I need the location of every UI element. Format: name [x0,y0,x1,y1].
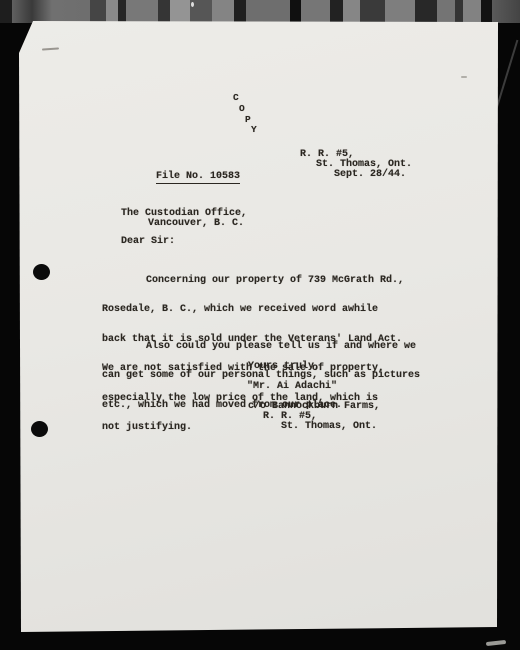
salutation: Dear Sir: [121,237,175,247]
body-line: Concerning our property of 739 McGrath R… [102,276,442,286]
signature-address-line: St. Thomas, Ont. [281,422,377,432]
punch-hole-top [33,264,50,280]
copy-stamp-letter: Y [251,124,257,135]
letter-content: C O P Y R. R. #5, St. Thomas, Ont. Sept.… [0,0,520,650]
signature: "Mr. Ai Adachi" [247,382,337,392]
pencil-mark [42,47,59,50]
valediction: Yours truly, [248,362,320,372]
body-line: Rosedale, B. C., which we received word … [102,305,442,315]
copy-stamp-letter: P [245,114,251,125]
body-line: can get some of our personal things, suc… [102,371,442,381]
recipient-line: Vancouver, B. C. [148,219,244,229]
copy-stamp-letter: O [239,103,245,114]
punch-hole-bottom [31,421,48,437]
file-number-text: File No. 10583 [156,172,240,184]
return-address-line: Sept. 28/44. [334,170,406,180]
microfilm-scan: C O P Y R. R. #5, St. Thomas, Ont. Sept.… [0,0,520,650]
paper-speck [461,76,467,78]
copy-stamp-letter: C [233,92,239,103]
body-line: Also could you please tell us if and whe… [102,342,442,352]
file-number: File No. 10583 [120,162,240,194]
